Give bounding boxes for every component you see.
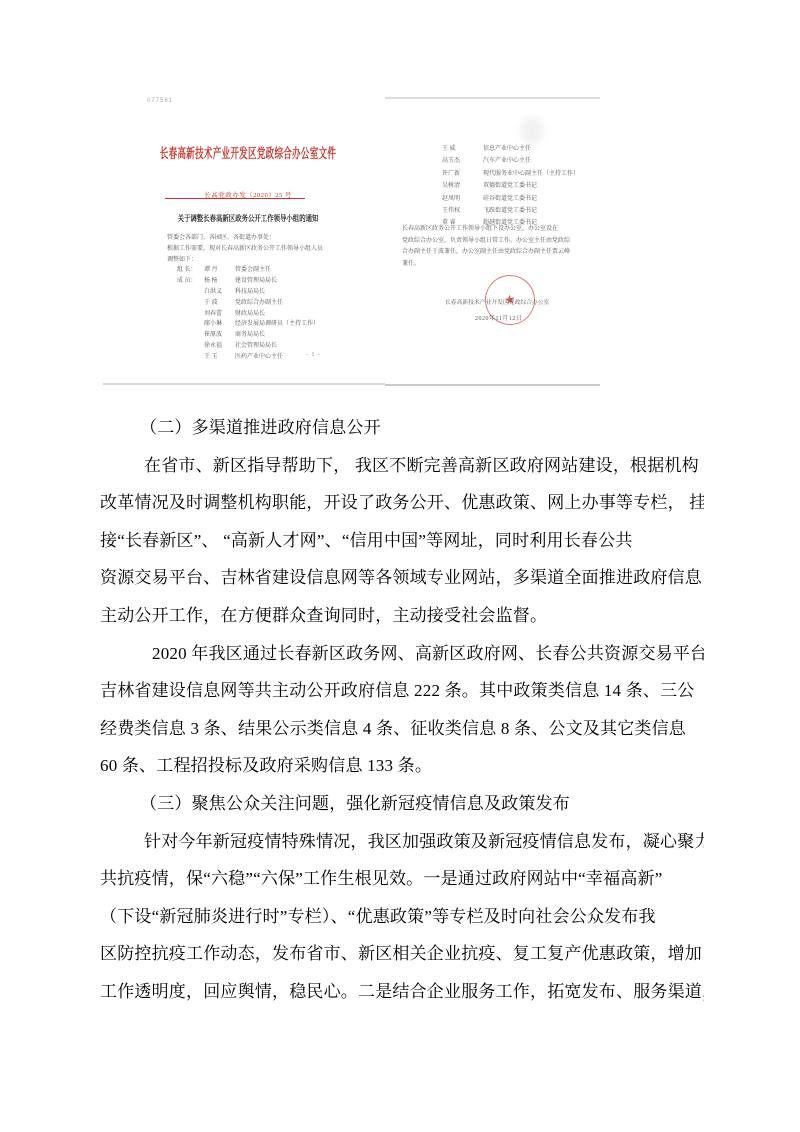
roster-row: 赵凤明 硅谷街道党工委书记 [442,193,579,205]
paragraph-line: 长春高新区政务公开工作领导小组下设办公室，办公室设在 [402,224,578,236]
body-line: 针对今年新冠疫情特殊情况，我区加强政策及新冠疫情信息发布，凝心聚力， [100,823,704,861]
roster-name: 王 玉 [204,352,235,363]
report-body: （二）多渠道推进政府信息公开 在省市、新区指导帮助下， 我区不断完善高新区政府网… [100,409,704,1011]
roster-title: 飞跃街道党工委书记 [483,205,537,217]
roster-row: 高玉杰 汽车产业中心主任 [442,155,579,167]
roster-title: 双德街道党工委书记 [483,180,537,192]
body-line: 主动公开工作，在方便群众查询同时，主动接受社会监督。 [100,597,704,635]
roster-name: 徐永福 [204,341,235,352]
roster-title: 管委会副主任 [235,265,271,276]
roster-row: 王 威 信息产业中心主任 [442,143,579,155]
roster-title: 建设管理局局长 [235,276,277,287]
body-line: （下设“新冠肺炎进行时”专栏）、“优惠政策”等专栏及时向社会公众发布我 [100,898,704,936]
scan-serial-number: 077581 [147,98,173,104]
roster-role [177,319,204,330]
intro-line: 调整如下： [167,255,367,266]
roster-name: 刘春蕾 [204,309,235,320]
roster-row: 吴树清 双德街道党工委书记 [442,180,579,192]
salutation: 管委会各部门、各园区、各街道办事处： [167,233,367,244]
roster-name: 吴树清 [442,180,483,192]
roster-title: 社会管理局局长 [235,341,277,352]
roster-row: 于 波 党政综合办副主任 [167,298,367,309]
roster-name: 谭 丹 [204,265,235,276]
paragraph-line: 党政综合办公室，负责领导小组日常工作。办公室主任由党政综 [402,236,578,248]
roster-title: 科技局局长 [235,287,265,298]
red-letterhead: 长春高新技术产业开发区党政综合办公室文件 [103,142,393,163]
roster-name: 许广新 [442,168,483,180]
page-number: - 1 - [306,352,321,358]
roster-title: 现代服务业中心副主任（主持工作） [483,168,579,180]
roster-name: 王伟权 [442,205,483,217]
roster-role [177,298,204,309]
roster-name: 崔原波 [204,330,235,341]
body-line: 在省市、新区指导帮助下， 我区不断完善高新区政府网站建设，根据机构 [100,447,704,485]
roster-name: 于 波 [204,298,235,309]
body-line: （三）聚焦公众关注问题，强化新冠疫情信息及政策发布 [100,785,704,823]
intro-lines: 根据工作需要，现对长春高新区政务公开工作领导小组人员 调整如下： [167,244,367,266]
body-line: 2020 年我区通过长春新区政务网、高新区政府网、长春公共资源交易平台、 [100,635,704,673]
roster-name: 高玉杰 [442,155,483,167]
notice-title: 关于调整长春高新区政务公开工作领导小组的通知 [103,208,393,226]
roster-title: 硅谷街道党工委书记 [483,193,537,205]
roster-name: 杨 杨 [204,276,235,287]
notice-body: 管委会各部门、各园区、各街道办事处： 根据工作需要，现对长春高新区政务公开工作领… [167,233,367,363]
roster-title: 商务局局长 [235,330,265,341]
roster-name: 赵凤明 [442,193,483,205]
roster-title: 党政综合办副主任 [235,298,283,309]
body-line: 区防控抗疫工作动态，发布省市、新区相关企业抗疫、复工复产优惠政策，增加 [100,935,704,973]
roster-row: 王伟权 飞跃街道党工委书记 [442,205,579,217]
body-line: 工作透明度，回应舆情，稳民心。二是结合企业服务工作，拓宽发布、服务渠道， [100,973,704,1011]
roster-title: 医药产业中心主任 [235,352,283,363]
roster-row: 白洪义 科技局局长 [167,287,367,298]
roster-role [177,287,204,298]
roster-title: 信息产业中心主任 [483,143,531,155]
roster-row: 刘春蕾 财政局局长 [167,309,367,320]
roster-role [177,352,204,363]
body-line: 接“长春新区”、 “高新人才网”、“信用中国”等网址，同时利用长春公共 [100,522,704,560]
roster-row: 徐永福 社会管理局局长 [167,341,367,352]
issue-date: 2020年11月12日 [475,313,522,322]
roster-title: 财政局局长 [235,309,265,320]
roster-right: 王 威 信息产业中心主任 高玉杰 汽车产业中心主任 许广新 现代服务业中心副主任… [442,143,579,230]
body-line: （二）多渠道推进政府信息公开 [100,409,704,447]
roster-row: 邴小琳 经济发展局调研员（主持工作） [167,319,367,330]
roster-name: 王 威 [442,143,483,155]
paragraph-line: 合办副主任于波兼任，办公室副主任由党政综合办副主任贾云峰 [402,247,578,259]
body-line: 60 条、工程招投标及政府采购信息 133 条。 [100,747,704,785]
body-line: 资源交易平台、吉林省建设信息网等各领域专业网站，多渠道全面推进政府信息 [100,559,704,597]
roster-name: 白洪义 [204,287,235,298]
roster-role: 组 长： [177,265,204,276]
paragraph-line: 兼任。 [402,259,578,271]
scanned-notice-page-2: 王 威 信息产业中心主任 高玉杰 汽车产业中心主任 许广新 现代服务业中心副主任… [385,97,600,386]
body-line: 改革情况及时调整机构职能，开设了政务公开、优惠政策、网上办事等专栏， 挂 [100,484,704,522]
roster-row: 王 玉 医药产业中心主任 [167,352,367,363]
red-divider-line [165,198,305,199]
roster-row: 崔原波 商务局局长 [167,330,367,341]
issuing-office: 长春高新技术产业开发区党政综合办公室 [445,297,549,306]
body-line: 吉林省建设信息网等共主动公开政府信息 222 条。其中政策类信息 14 条、三公 [100,672,704,710]
roster-role [177,330,204,341]
roster-name: 邴小琳 [204,319,235,330]
roster-row: 许广新 现代服务业中心副主任（主持工作） [442,168,579,180]
body-line: 共抗疫情，保“六稳”“六保”工作生根见效。一是通过政府网站中“幸福高新” [100,860,704,898]
roster-row: 组 长： 谭 丹 管委会副主任 [167,265,367,276]
roster-left: 组 长： 谭 丹 管委会副主任 成 员： 杨 杨 建设管理局局长 白洪义 科技局… [167,265,367,362]
intro-line: 根据工作需要，现对长春高新区政务公开工作领导小组人员 [167,244,367,255]
office-paragraph: 长春高新区政务公开工作领导小组下设办公室，办公室设在 党政综合办公室，负责领导小… [402,224,578,270]
roster-title: 汽车产业中心主任 [483,155,531,167]
roster-row: 成 员： 杨 杨 建设管理局局长 [167,276,367,287]
roster-role [177,341,204,352]
body-line: 经费类信息 3 条、结果公示类信息 4 条、征收类信息 8 条、公文及其它类信息 [100,710,704,748]
scanned-notice-page-1: 077581 长春高新技术产业开发区党政综合办公室文件 长高党政办发（2020）… [103,86,393,385]
roster-role [177,309,204,320]
roster-title: 经济发展局调研员（主持工作） [235,319,319,330]
document-page: { "scan_left": { "serial": "077581", "he… [0,0,800,1132]
scan-smudge [520,117,544,145]
roster-role: 成 员： [177,276,204,287]
